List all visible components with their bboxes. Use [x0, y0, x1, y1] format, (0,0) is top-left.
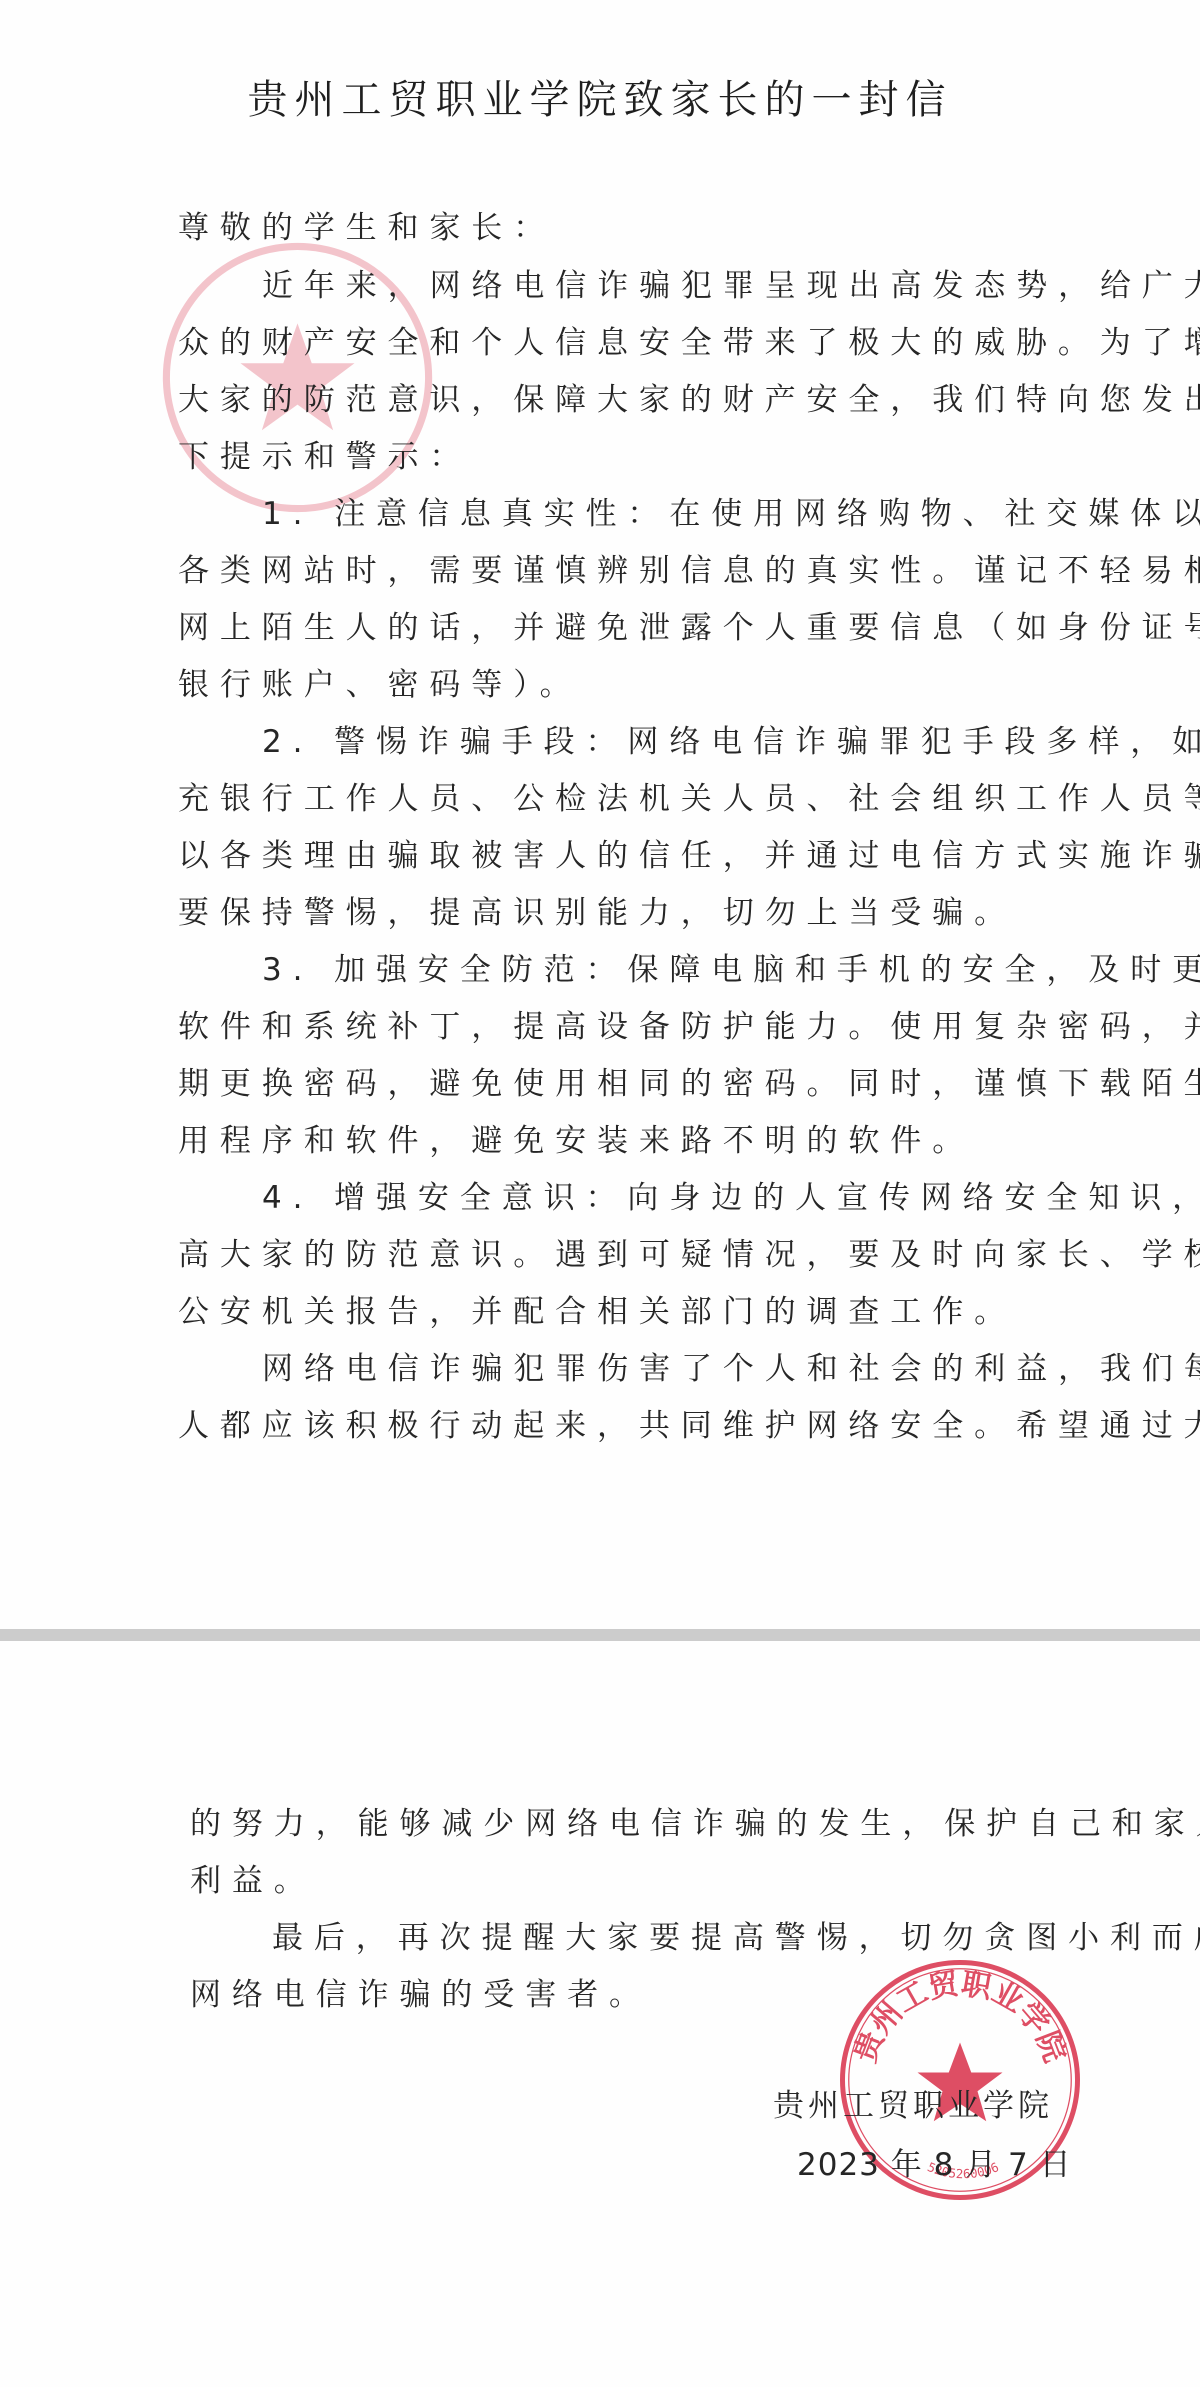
list-item-2-line: 要保持警惕，提高识别能力，切勿上当受骗。: [178, 887, 1038, 933]
list-item-1-line: 银行账户、密码等）。: [178, 659, 1038, 705]
signature-organization: 贵州工贸职业学院: [773, 2080, 1053, 2125]
paragraph-line: 下提示和警示：: [178, 431, 1038, 477]
list-item-3-line: 3. 加强安全防范：保障电脑和手机的安全，及时更新: [262, 944, 1122, 990]
list-item-2-line: 以各类理由骗取被害人的信任，并通过电信方式实施诈骗。: [178, 830, 1038, 876]
closing-paragraph-line: 人都应该积极行动起来，共同维护网络安全。希望通过大家: [178, 1400, 1038, 1446]
closing-paragraph-line: 网络电信诈骗犯罪伤害了个人和社会的利益，我们每个: [262, 1343, 1122, 1389]
paragraph-line: 众的财产安全和个人信息安全带来了极大的威胁。为了增强: [178, 317, 1038, 363]
list-item-2-line: 充银行工作人员、公检法机关人员、社会组织工作人员等，: [178, 773, 1038, 819]
letter-title: 贵州工贸职业学院致家长的一封信: [0, 68, 1200, 125]
list-item-4-line: 4. 增强安全意识：向身边的人宣传网络安全知识，提: [262, 1172, 1122, 1218]
list-item-3-line: 用程序和软件，避免安装来路不明的软件。: [178, 1115, 1038, 1161]
final-reminder-line: 网络电信诈骗的受害者。: [190, 1969, 1050, 2015]
letter-page-1: 贵州工贸职业学院致家长的一封信 尊敬的学生和家长： 近年来，网络电信诈骗犯罪呈现…: [0, 0, 1200, 1629]
list-item-3-line: 期更换密码，避免使用相同的密码。同时，谨慎下载陌生应: [178, 1058, 1038, 1104]
page-break-divider: [0, 1629, 1200, 1641]
letter-page-2: 的努力，能够减少网络电信诈骗的发生，保护自己和家人的 利益。 最后，再次提醒大家…: [0, 1641, 1200, 2387]
closing-paragraph-line: 的努力，能够减少网络电信诈骗的发生，保护自己和家人的: [190, 1798, 1050, 1844]
list-item-2-line: 2. 警惕诈骗手段：网络电信诈骗罪犯手段多样，如冒: [262, 716, 1122, 762]
list-item-4-line: 高大家的防范意识。遇到可疑情况，要及时向家长、学校或: [178, 1229, 1038, 1275]
list-item-1-line: 1. 注意信息真实性：在使用网络购物、社交媒体以及: [262, 488, 1122, 534]
salutation: 尊敬的学生和家长：: [178, 202, 1038, 248]
list-item-3-line: 软件和系统补丁，提高设备防护能力。使用复杂密码，并定: [178, 1001, 1038, 1047]
final-reminder-line: 最后，再次提醒大家要提高警惕，切勿贪图小利而成为: [272, 1912, 1132, 1958]
signature-date: 2023 年 8 月 7 日: [797, 2139, 1072, 2184]
list-item-1-line: 各类网站时，需要谨慎辨别信息的真实性。谨记不轻易相信: [178, 545, 1038, 591]
list-item-1-line: 网上陌生人的话，并避免泄露个人重要信息（如身份证号、: [178, 602, 1038, 648]
paragraph-line: 大家的防范意识，保障大家的财产安全，我们特向您发出以: [178, 374, 1038, 420]
list-item-4-line: 公安机关报告，并配合相关部门的调查工作。: [178, 1286, 1038, 1332]
paragraph-line: 近年来，网络电信诈骗犯罪呈现出高发态势，给广大民: [262, 260, 1122, 306]
closing-paragraph-line: 利益。: [190, 1855, 1050, 1901]
